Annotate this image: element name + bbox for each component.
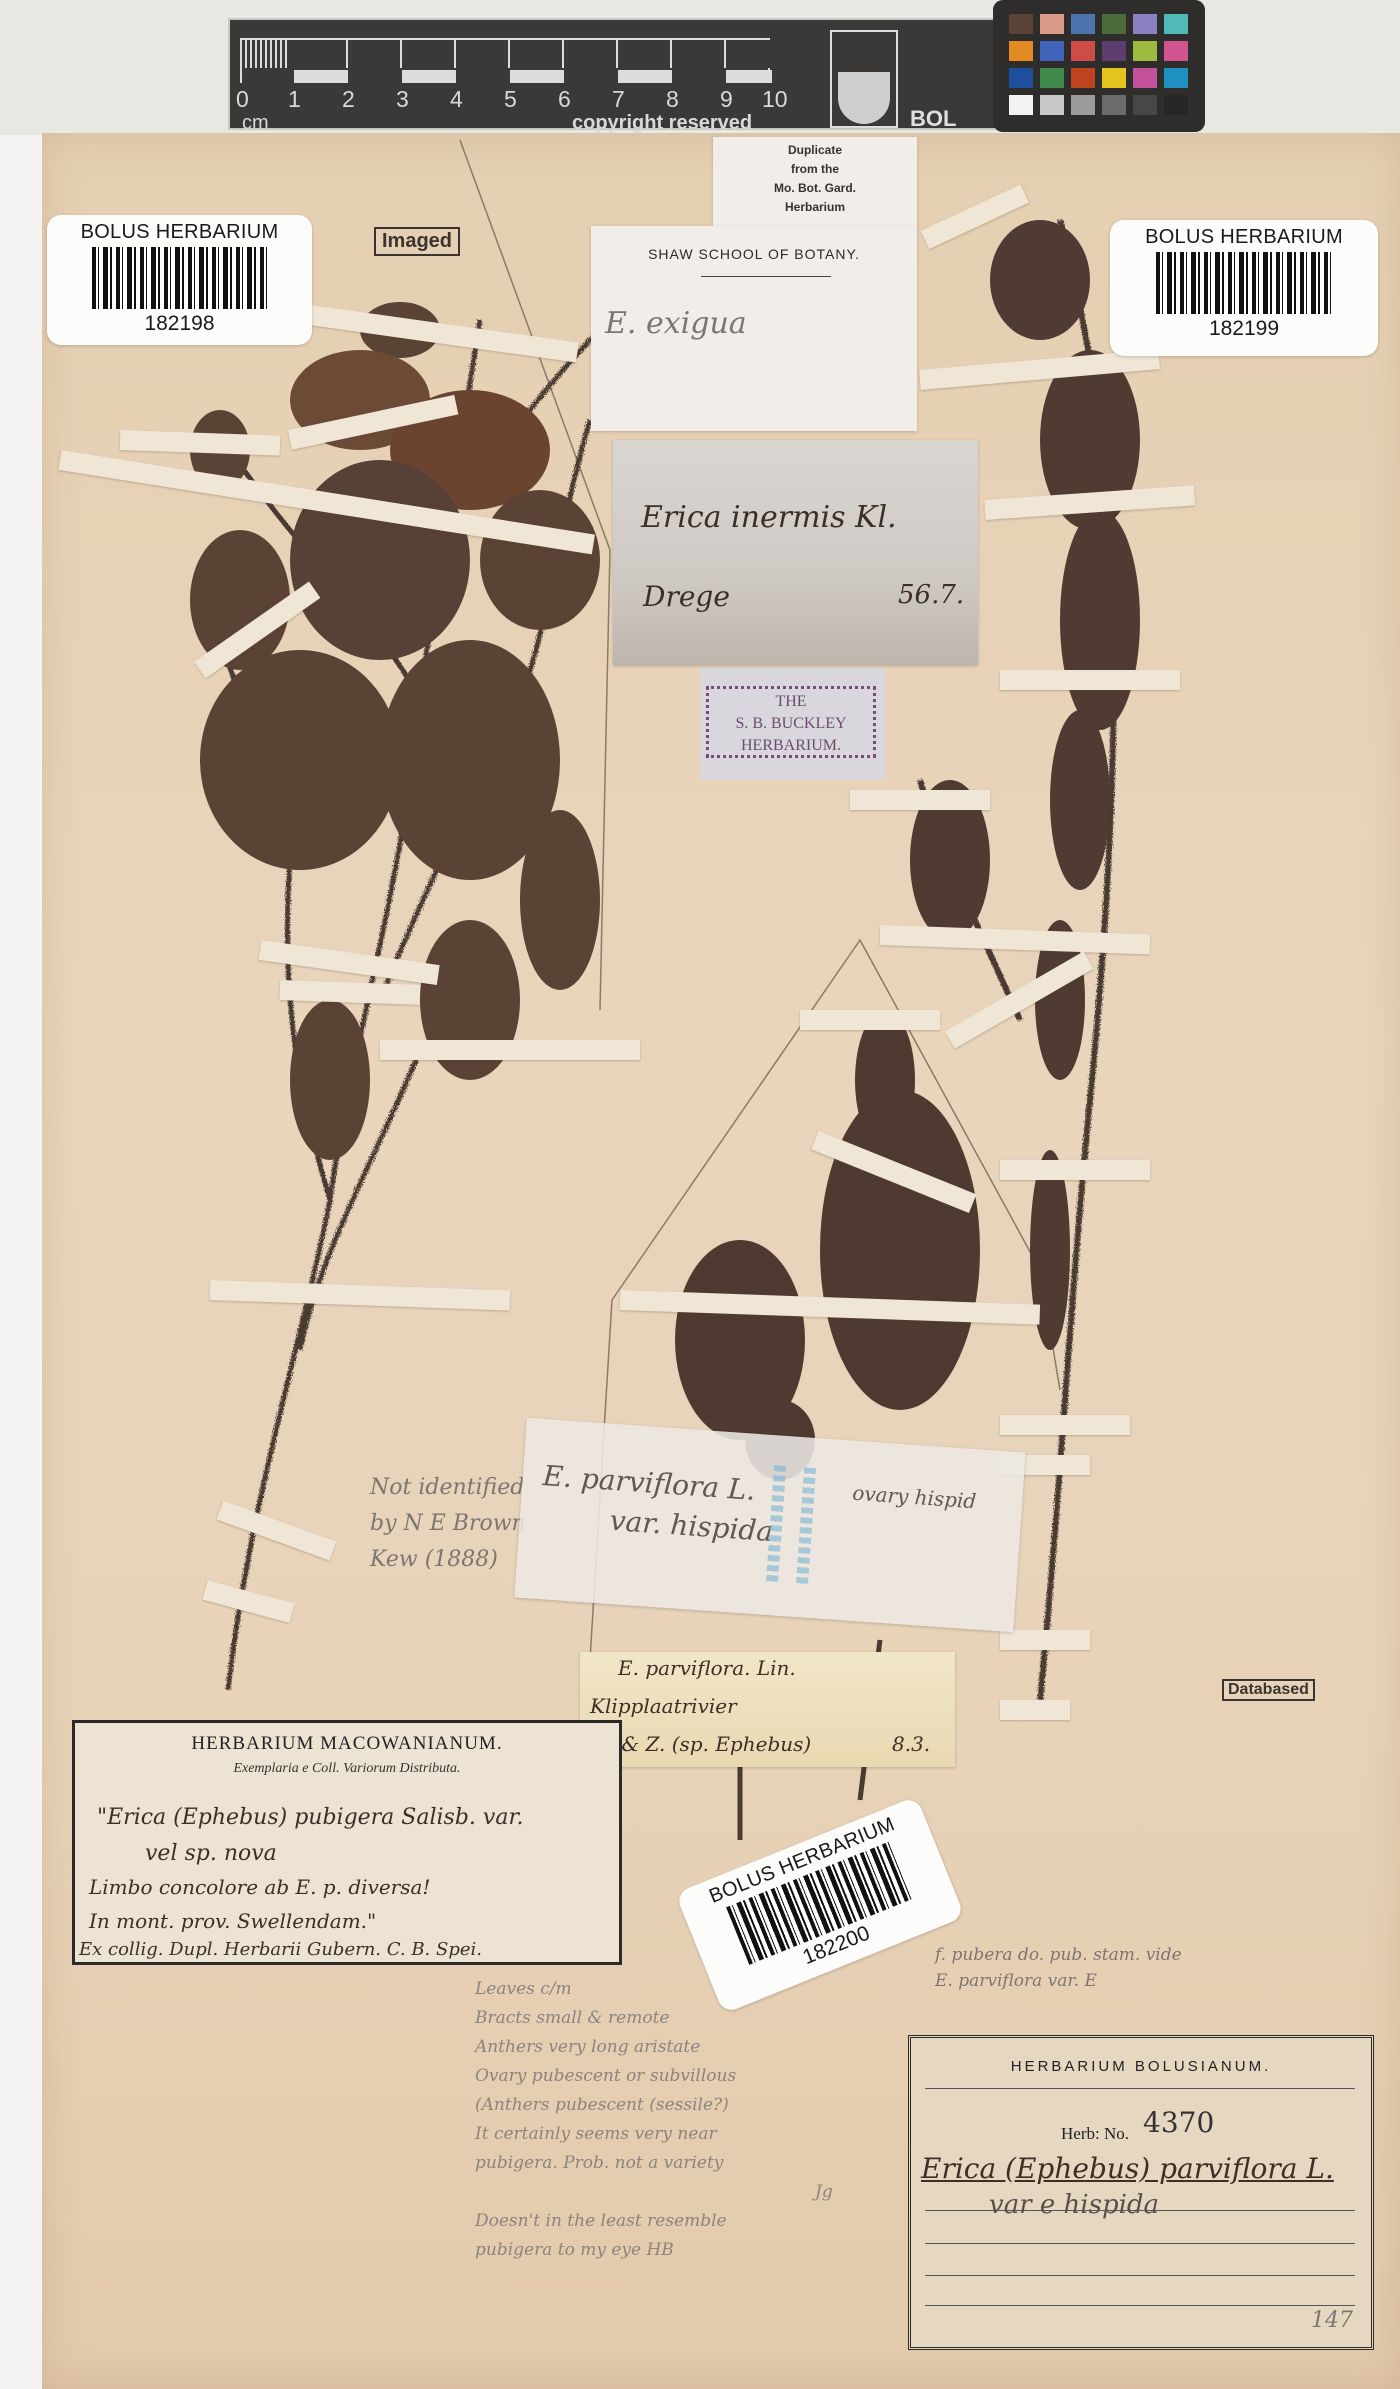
duplicate-line: Mo. Bot. Gard. xyxy=(713,179,917,198)
bolusianum-header: HERBARIUM BOLUSIANUM. xyxy=(911,2058,1371,2075)
pencil-note-right: f. pubera do. pub. stam. vide E. parvifl… xyxy=(935,1942,1182,1994)
determination-name: E. parviflora L. xyxy=(542,1459,757,1507)
note-initials: Jg xyxy=(475,2178,833,2207)
buckley-line: THE xyxy=(709,691,873,713)
ecklon-zeyher-label: E. parviflora. Lin. Klipplaatrivier E. &… xyxy=(580,1652,955,1767)
barcode-number: 182198 xyxy=(47,312,312,336)
rule-line xyxy=(925,2275,1355,2276)
macowan-label: HERBARIUM MACOWANIANUM. Exemplaria e Col… xyxy=(72,1720,622,1965)
herb-no-label: Herb: No. xyxy=(1061,2124,1129,2144)
macowan-subheader: Exemplaria e Coll. Variorum Distributa. xyxy=(75,1761,619,1777)
note-line: pubigera to my eye HB xyxy=(475,2236,833,2265)
databased-stamp: Databased xyxy=(1222,1679,1315,1701)
note-line: by N E Brown xyxy=(370,1506,526,1542)
macowan-header: HERBARIUM MACOWANIANUM. xyxy=(75,1733,619,1755)
duplicate-line: from the xyxy=(713,160,917,179)
macowan-line2: vel sp. nova xyxy=(145,1841,277,1866)
bolusianum-corner-number: 147 xyxy=(1311,2308,1353,2333)
note-line: f. pubera do. pub. stam. vide xyxy=(935,1942,1182,1968)
note-line: Ovary pubescent or subvillous xyxy=(475,2062,833,2091)
barcode-number: 182199 xyxy=(1110,317,1378,341)
barcode-label-182198: BOLUS HERBARIUM 182198 xyxy=(47,215,312,345)
envelope-number: 56.7. xyxy=(898,580,964,610)
note-line: Leaves c/m xyxy=(475,1975,833,2004)
note-line: Doesn't in the least resemble xyxy=(475,2207,833,2236)
determination-side-note: ovary hispid xyxy=(852,1481,977,1514)
shaw-school-label: SHAW SCHOOL OF BOTANY. E. exigua xyxy=(591,226,917,431)
yellow-label-number: 8.3. xyxy=(892,1732,930,1756)
buckley-herbarium-label: THE S. B. BUCKLEY HERBARIUM. xyxy=(700,668,885,780)
macowan-line1: "Erica (Ephebus) pubigera Salisb. var. xyxy=(97,1805,524,1830)
determination-slip: E. parviflora L. var. hispida ovary hisp… xyxy=(514,1418,1025,1632)
buckley-line: HERBARIUM. xyxy=(709,735,873,757)
rule-line xyxy=(925,2243,1355,2244)
drege-envelope-label: Erica inermis Kl. Drege 56.7. xyxy=(613,440,978,665)
rule-line xyxy=(925,2305,1355,2306)
foliage-left xyxy=(190,302,600,1160)
mounting-tape xyxy=(1000,670,1180,690)
barcode-title: BOLUS HERBARIUM xyxy=(1110,226,1378,249)
shaw-header: SHAW SCHOOL OF BOTANY. xyxy=(591,246,917,262)
blue-stamp-mark xyxy=(796,1467,816,1588)
rule-line xyxy=(925,2210,1355,2211)
rule-line xyxy=(925,2088,1355,2089)
note-line: Anthers very long aristate xyxy=(475,2033,833,2062)
herb-number: 4370 xyxy=(1143,2106,1214,2139)
bolusianum-label: HERBARIUM BOLUSIANUM. Herb: No. 4370 Eri… xyxy=(908,2035,1374,2350)
mounting-tape xyxy=(1000,1700,1070,1720)
envelope-collector: Drege xyxy=(643,580,730,613)
yellow-label-line1: E. parviflora. Lin. xyxy=(618,1656,796,1680)
note-line: Not identified xyxy=(370,1470,526,1506)
note-line: pubigera. Prob. not a variety xyxy=(475,2149,833,2178)
mounting-tape xyxy=(1000,1160,1150,1180)
buckley-stamp: THE S. B. BUCKLEY HERBARIUM. xyxy=(706,686,876,758)
determination-variety: var. hispida xyxy=(609,1504,774,1548)
macowan-line5: Ex collig. Dupl. Herbarii Gubern. C. B. … xyxy=(79,1939,482,1960)
barcode-icon xyxy=(1156,252,1332,314)
barcode-title: BOLUS HERBARIUM xyxy=(47,221,312,244)
barcode-label-182199: BOLUS HERBARIUM 182199 xyxy=(1110,220,1378,356)
divider xyxy=(701,276,831,277)
duplicate-line: Duplicate xyxy=(713,141,917,160)
bolusianum-variety: var e hispida xyxy=(989,2190,1159,2220)
bolusianum-species: Erica (Ephebus) parviflora L. xyxy=(921,2152,1334,2185)
mounting-tape xyxy=(380,1040,640,1060)
barcode-icon xyxy=(92,247,268,309)
note-line: E. parviflora var. E xyxy=(935,1968,1182,1994)
note-line: It certainly seems very near xyxy=(475,2120,833,2149)
duplicate-line: Herbarium xyxy=(713,198,917,217)
buckley-line: S. B. BUCKLEY xyxy=(709,713,873,735)
macowan-line3: Limbo concolore ab E. p. diversa! xyxy=(89,1875,430,1899)
mounting-tape xyxy=(1000,1415,1130,1435)
duplicate-label: Duplicate from the Mo. Bot. Gard. Herbar… xyxy=(713,137,917,227)
mounting-tape xyxy=(1000,1630,1090,1650)
mounting-tape xyxy=(850,790,990,810)
note-line: (Anthers pubescent (sessile?) xyxy=(475,2091,833,2120)
yellow-label-line3: E. & Z. (sp. Ephebus) xyxy=(594,1732,811,1756)
shaw-handwritten-name: E. exigua xyxy=(605,306,747,341)
pencil-notes-middle: Leaves c/m Bracts small & remote Anthers… xyxy=(475,1975,833,2265)
macowan-line4: In mont. prov. Swellendam." xyxy=(89,1909,376,1933)
note-line: Bracts small & remote xyxy=(475,2004,833,2033)
specimen-middle xyxy=(675,1010,980,1480)
note-line: Kew (1888) xyxy=(370,1542,526,1578)
envelope-species: Erica inermis Kl. xyxy=(641,500,897,535)
imaged-stamp: Imaged xyxy=(374,227,460,256)
mounting-tape xyxy=(800,1010,940,1030)
yellow-label-line2: Klipplaatrivier xyxy=(590,1694,737,1718)
determination-note-left: Not identified by N E Brown Kew (1888) xyxy=(370,1470,526,1578)
